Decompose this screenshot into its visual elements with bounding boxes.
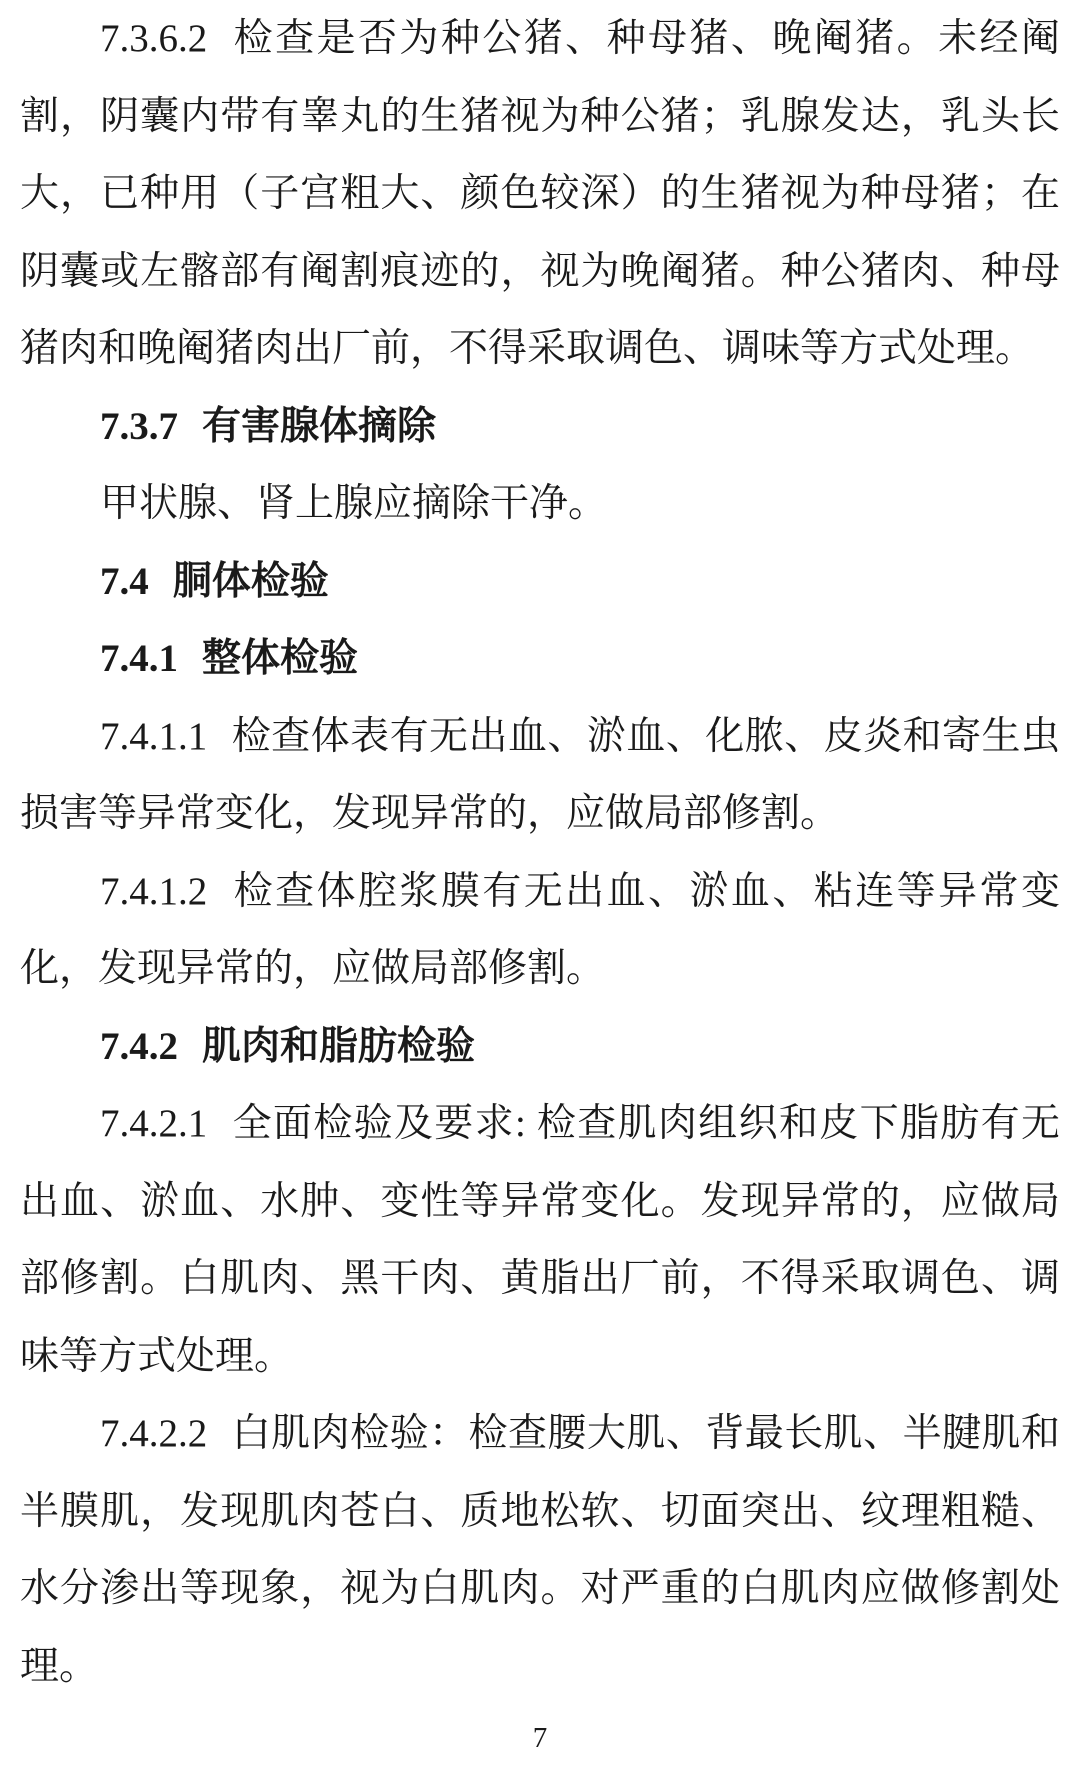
page-number: 7: [0, 1722, 1080, 1755]
heading-number: 7.4.1: [100, 637, 178, 680]
clause-7362: 7.3.6.2检查是否为种公猪、种母猪、晚阉猪。未经阉割，阴囊内带有睾丸的生猪视…: [20, 0, 1060, 388]
clause-7422: 7.4.2.2白肌肉检验：检查腰大肌、背最长肌、半腱肌和半膜肌，发现肌肉苍白、质…: [20, 1395, 1060, 1705]
document-body: 7.3.6.2检查是否为种公猪、种母猪、晚阉猪。未经阉割，阴囊内带有睾丸的生猪视…: [0, 0, 1080, 1705]
clause-7412: 7.4.1.2检查体腔浆膜有无出血、淤血、粘连等异常变化，发现异常的，应做局部修…: [20, 853, 1060, 1008]
clause-7411: 7.4.1.1检查体表有无出血、淤血、化脓、皮炎和寄生虫损害等异常变化，发现异常…: [20, 698, 1060, 853]
heading-number: 7.4.2: [100, 1025, 178, 1068]
heading-741: 7.4.1整体检验: [20, 620, 1060, 698]
heading-text: 整体检验: [202, 637, 358, 680]
clause-text: 甲状腺、肾上腺应摘除干净。: [100, 482, 607, 525]
clause-number: 7.4.1.2: [100, 870, 207, 913]
heading-number: 7.3.7: [100, 405, 178, 448]
heading-742: 7.4.2肌肉和脂肪检验: [20, 1008, 1060, 1086]
heading-text: 有害腺体摘除: [202, 405, 436, 448]
clause-number: 7.4.1.1: [100, 715, 207, 758]
clause-number: 7.4.2.1: [100, 1102, 207, 1145]
clause-number: 7.3.6.2: [100, 17, 207, 60]
heading-74: 7.4胴体检验: [20, 543, 1060, 621]
clause-text: 检查是否为种公猪、种母猪、晚阉猪。未经阉割，阴囊内带有睾丸的生猪视为种公猪；乳腺…: [20, 17, 1060, 370]
heading-737: 7.3.7有害腺体摘除: [20, 388, 1060, 466]
clause-7421: 7.4.2.1全面检验及要求: 检查肌肉组织和皮下脂肪有无出血、淤血、水肿、变性…: [20, 1085, 1060, 1395]
clause-737-body: 甲状腺、肾上腺应摘除干净。: [20, 465, 1060, 543]
document-page: 7.3.6.2检查是否为种公猪、种母猪、晚阉猪。未经阉割，阴囊内带有睾丸的生猪视…: [0, 0, 1080, 1792]
heading-text: 胴体检验: [173, 560, 329, 603]
clause-number: 7.4.2.2: [100, 1412, 207, 1455]
heading-number: 7.4: [100, 560, 149, 603]
heading-text: 肌肉和脂肪检验: [202, 1025, 475, 1068]
